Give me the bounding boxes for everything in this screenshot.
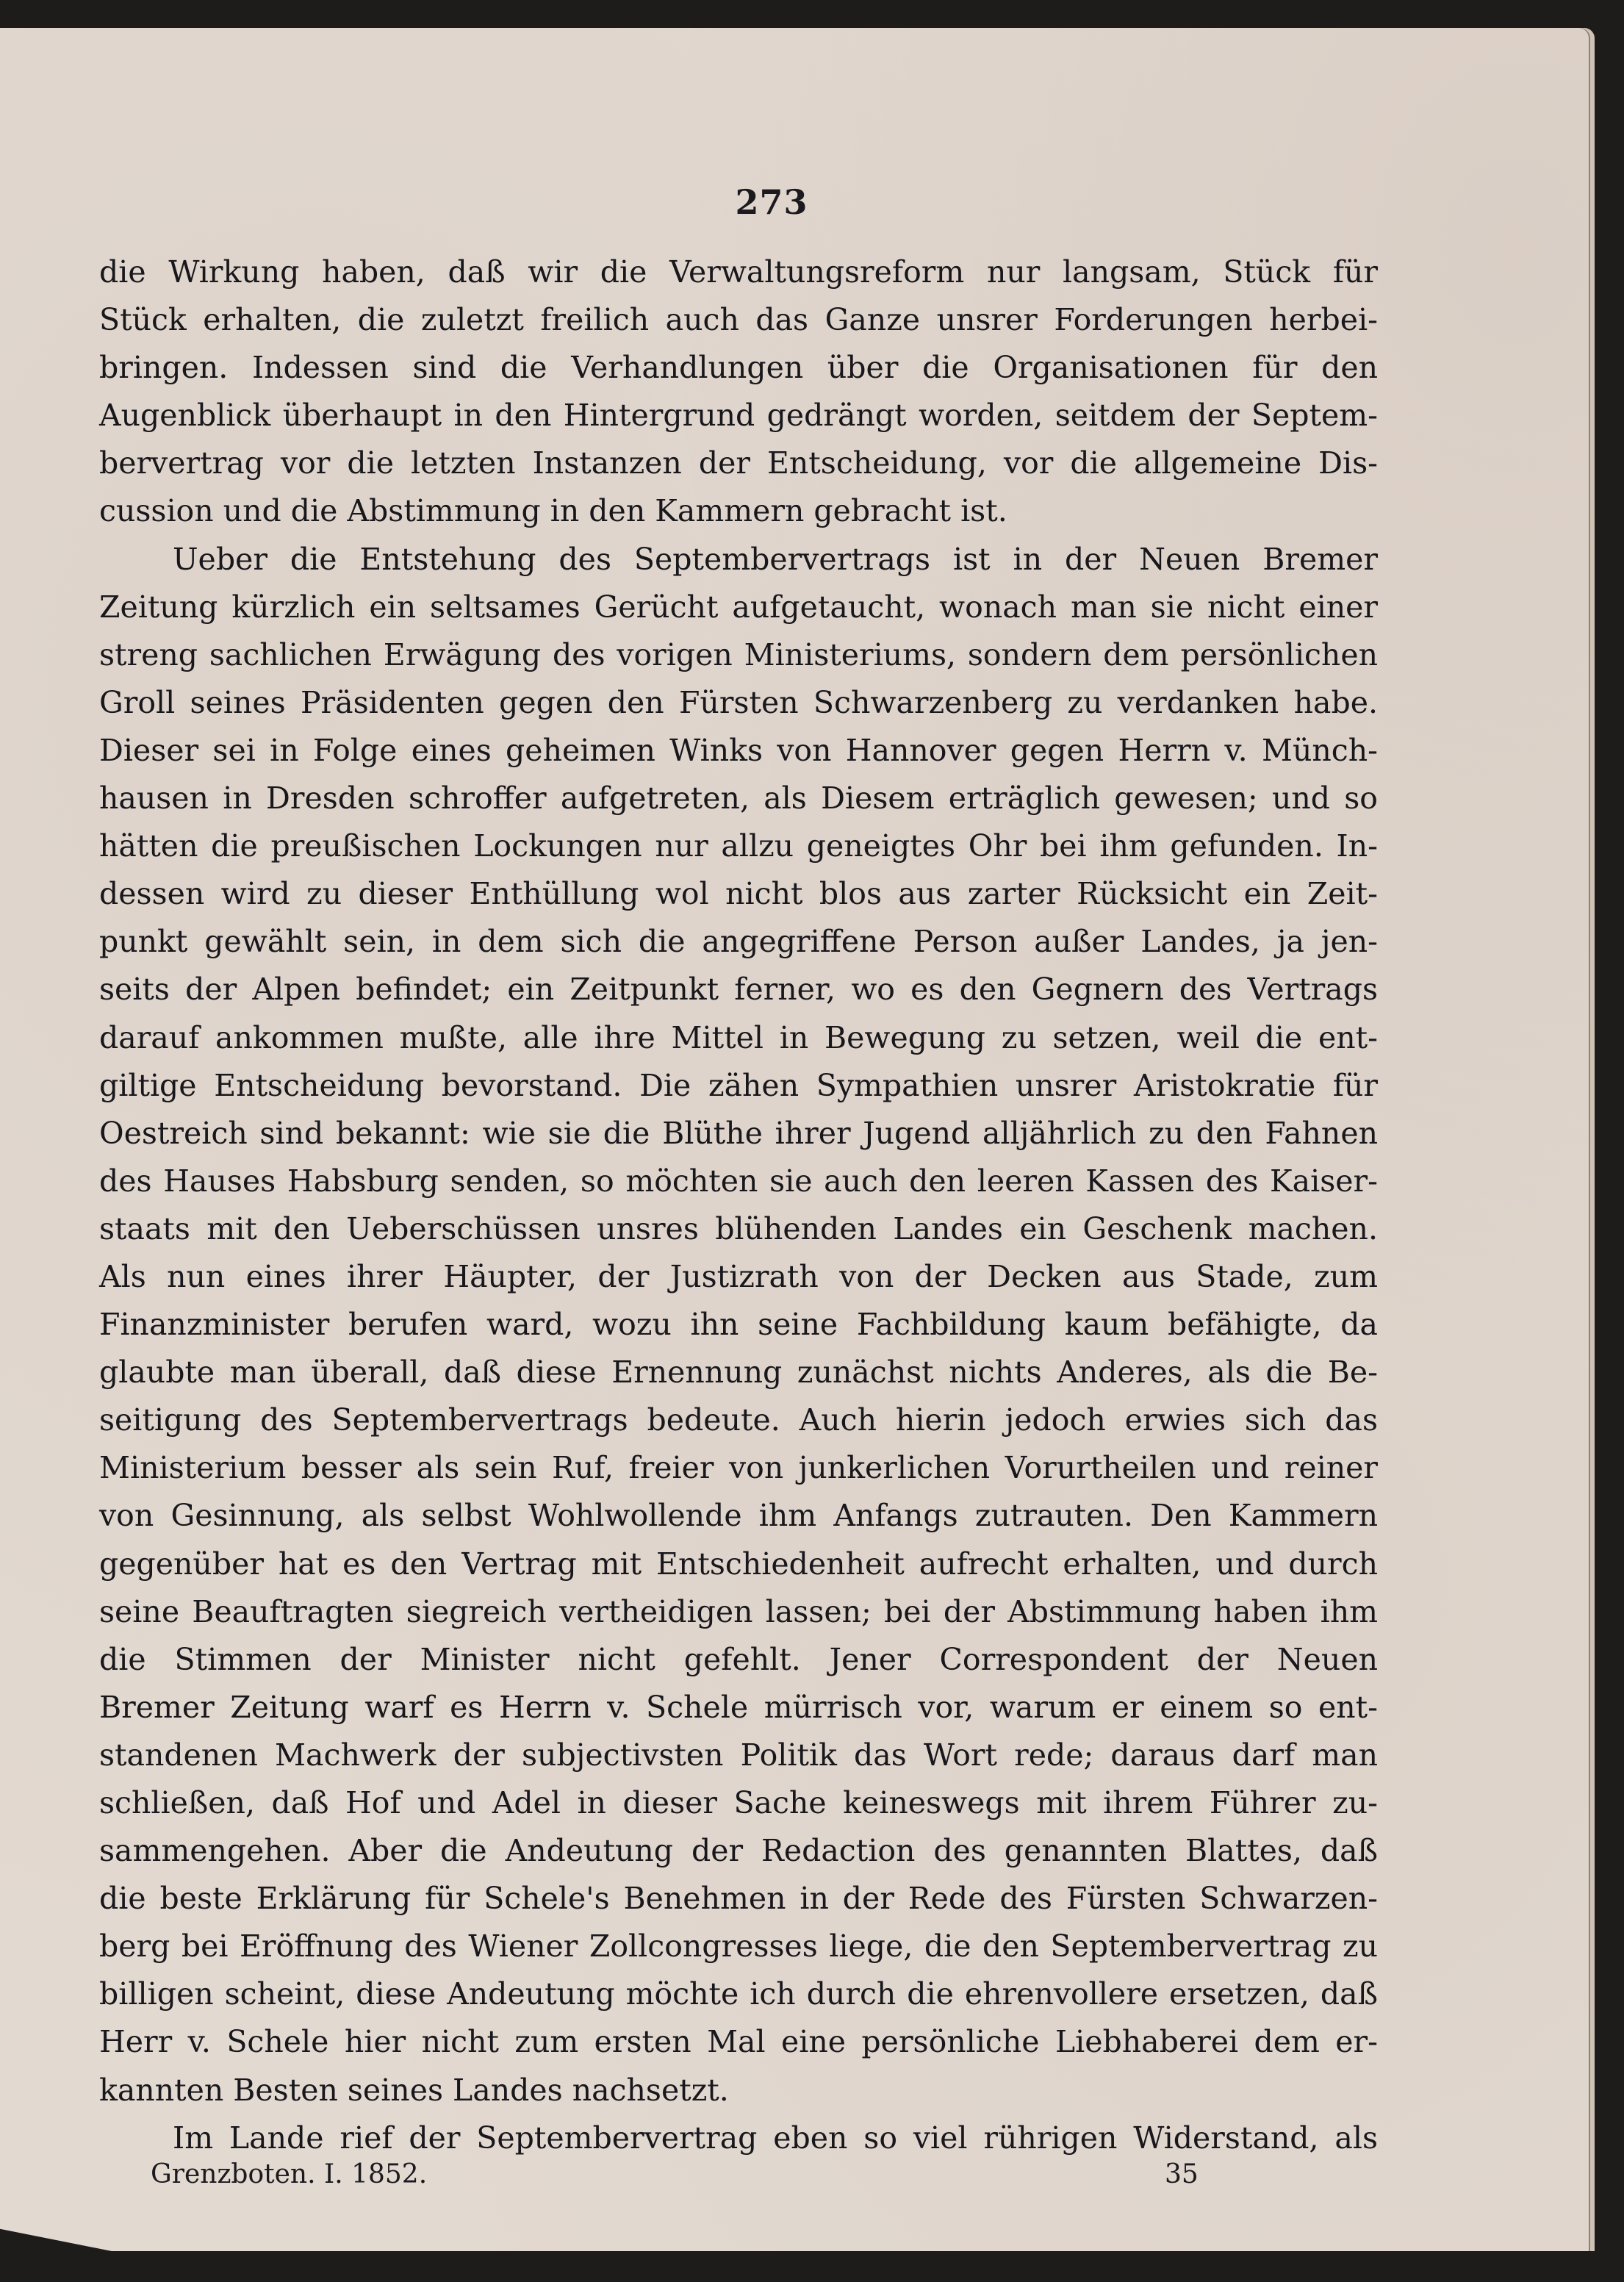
text-line: Zeitung kürzlich ein seltsames Gerücht a… [99,584,1378,631]
text-line: seits der Alpen befindet; ein Zeitpunkt … [99,966,1378,1013]
page-number: 273 [0,182,1543,222]
text-line: des Hauses Habsburg senden, so möchten s… [99,1158,1378,1205]
text-line: bervertrag vor die letzten Instanzen der… [99,439,1378,487]
text-line: dessen wird zu dieser Enthüllung wol nic… [99,870,1378,918]
text-line: Finanzminister berufen ward, wozu ihn se… [99,1301,1378,1349]
text-line: cussion und die Abstimmung in den Kammer… [99,487,1378,535]
text-line: Ueber die Entstehung des Septembervertra… [99,536,1378,584]
text-line: Groll seines Präsidenten gegen den Fürst… [99,679,1378,727]
text-line: Oestreich sind bekannt: wie sie die Blüt… [99,1110,1378,1158]
text-line: Herr v. Schele hier nicht zum ersten Mal… [99,2018,1378,2066]
text-line: Im Lande rief der Septembervertrag eben … [99,2114,1378,2162]
scanned-page: 273 die Wirkung haben, daß wir die Verwa… [0,28,1595,2251]
text-line: gegenüber hat es den Vertrag mit Entschi… [99,1540,1378,1588]
text-line: die Stimmen der Minister nicht gefehlt. … [99,1636,1378,1684]
text-line: streng sachlichen Erwägung des vorigen M… [99,631,1378,679]
text-line: darauf ankommen mußte, alle ihre Mittel … [99,1014,1378,1062]
text-line: berg bei Eröffnung des Wiener Zollcongre… [99,1923,1378,1970]
text-line: von Gesinnung, als selbst Wohlwollende i… [99,1492,1378,1540]
text-line: Augenblick überhaupt in den Hintergrund … [99,392,1378,439]
text-line: seine Beauftragten siegreich vertheidige… [99,1588,1378,1636]
text-line: giltige Entscheidung bevorstand. Die zäh… [99,1062,1378,1110]
text-line: bringen. Indessen sind die Verhandlungen… [99,344,1378,392]
body-text: die Wirkung haben, daß wir die Verwaltun… [99,248,1378,2162]
text-line: schließen, daß Hof und Adel in dieser Sa… [99,1779,1378,1827]
text-line: Bremer Zeitung warf es Herrn v. Schele m… [99,1684,1378,1732]
footer-sheet-number: 35 [1165,2159,1199,2189]
text-line: glaubte man überall, daß diese Ernennung… [99,1349,1378,1396]
text-line: hausen in Dresden schroffer aufgetreten,… [99,775,1378,822]
text-line: standenen Machwerk der subjectivsten Pol… [99,1732,1378,1779]
text-line: die beste Erklärung für Schele's Benehme… [99,1875,1378,1923]
text-line: Dieser sei in Folge eines geheimen Winks… [99,727,1378,775]
text-line: billigen scheint, diese Andeutung möchte… [99,1970,1378,2018]
text-line: die Wirkung haben, daß wir die Verwaltun… [99,248,1378,296]
text-line: kannten Besten seines Landes nachsetzt. [99,2067,1378,2114]
text-line: Ministerium besser als sein Ruf, freier … [99,1444,1378,1492]
text-line: staats mit den Ueberschüssen unsres blüh… [99,1205,1378,1253]
text-line: Als nun eines ihrer Häupter, der Justizr… [99,1253,1378,1301]
text-line: seitigung des Septembervertrags bedeute.… [99,1396,1378,1444]
text-line: sammengehen. Aber die Andeutung der Reda… [99,1827,1378,1875]
text-line: Stück erhalten, die zuletzt freilich auc… [99,296,1378,344]
text-line: punkt gewählt sein, in dem sich die ange… [99,918,1378,966]
text-line: hätten die preußischen Lockungen nur all… [99,822,1378,870]
footer-signature: Grenzboten. I. 1852. [151,2159,427,2189]
